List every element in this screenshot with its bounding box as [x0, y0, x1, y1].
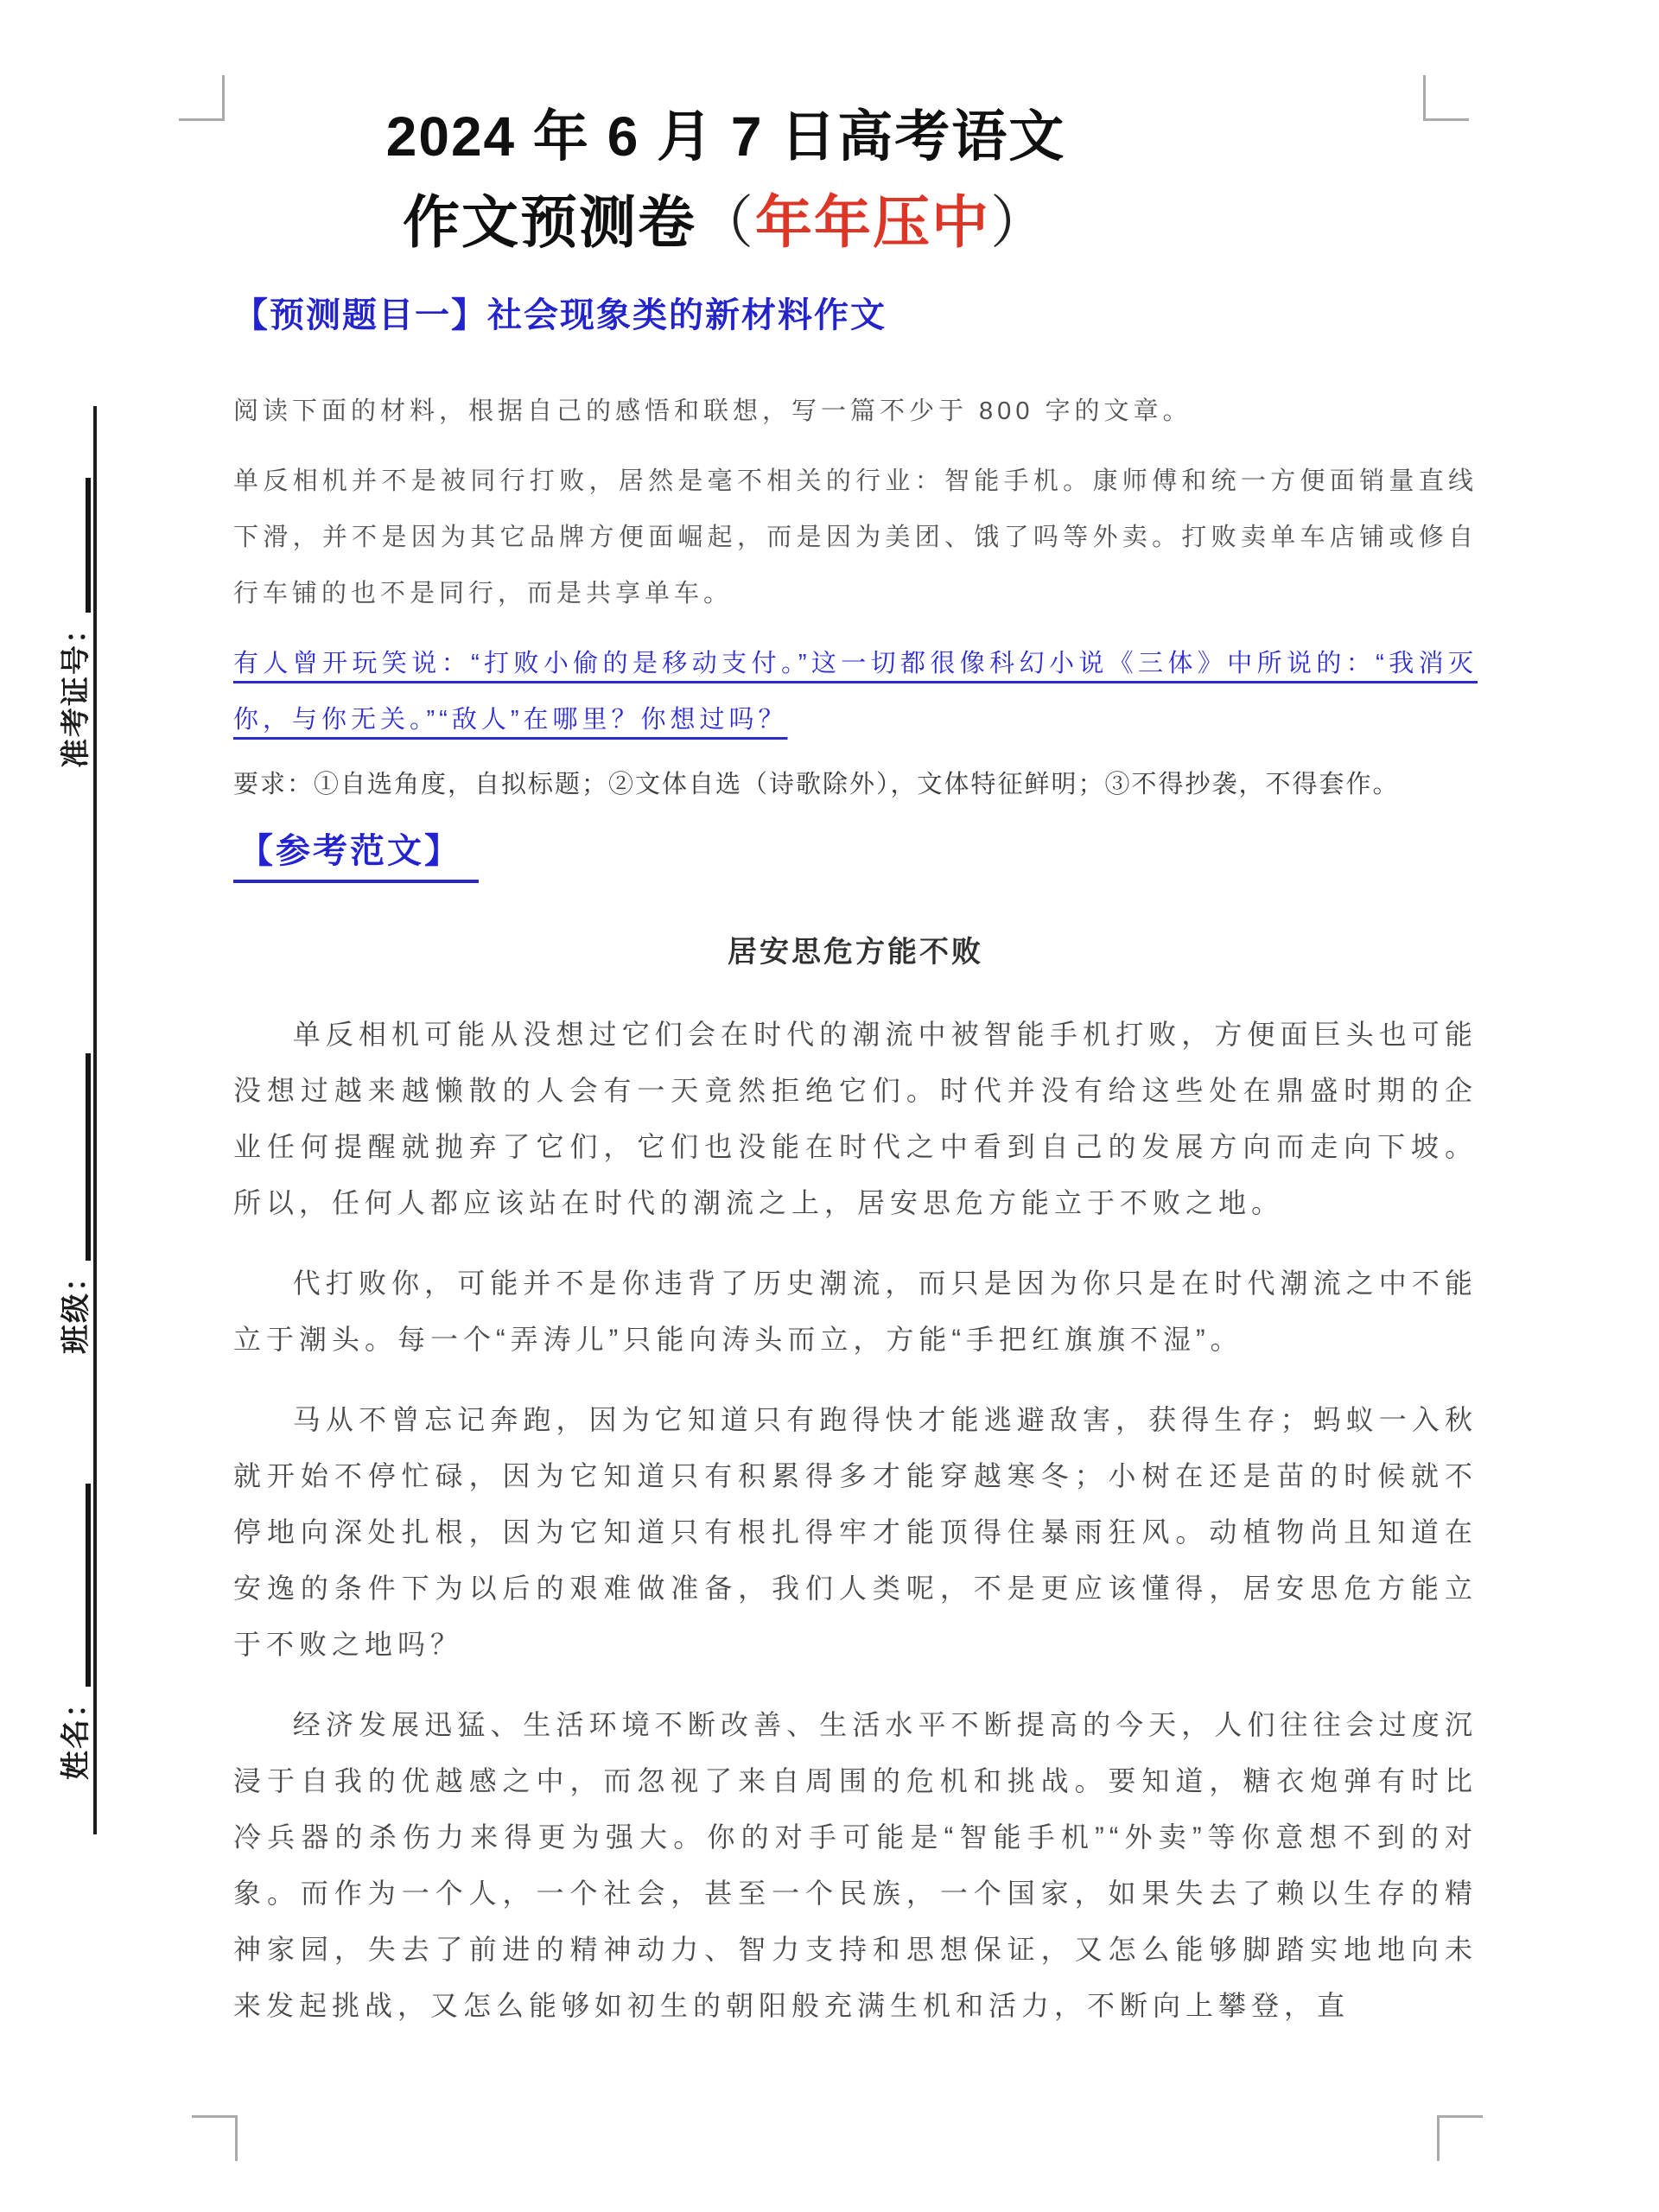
paper-title-block: 2024 年 6 月 7 日高考语文 作文预测卷（年年压中）: [233, 102, 1218, 258]
prediction-topic-heading: 【预测题目一】社会现象类的新材料作文: [233, 288, 1478, 337]
essay-paragraph-3: 马从不曾忘记奔跑，因为它知道只有跑得快才能逃避敌害，获得生存；蚂蚁一入秋就开始不…: [233, 1392, 1478, 1673]
essay-paragraph-4: 经济发展迅猛、生活环境不断改善、生活水平不断提高的今天，人们往往会过度沉浸于自我…: [233, 1697, 1478, 2034]
admission-ticket-field: 准考证号：: [60, 478, 91, 768]
paper-title-line1: 2024 年 6 月 7 日高考语文: [233, 102, 1218, 171]
paren-open: （: [696, 190, 755, 254]
seal-divider-line: [93, 406, 97, 1834]
material-intro-paragraph: 阅读下面的材料，根据自己的感悟和联想，写一篇不少于 800 字的文章。: [233, 384, 1478, 440]
corner-mark-bottom-left: [192, 2115, 238, 2161]
corner-mark-bottom-right: [1437, 2115, 1483, 2161]
reference-essay-heading-label: 【参考范文】: [233, 823, 479, 883]
paren-close: ）: [990, 190, 1049, 254]
name-field: 姓名：: [60, 1484, 91, 1780]
exam-paper-page: 姓名： 班级： 准考证号： 2024 年 6 月 7 日高考语文 作文预测卷（年…: [0, 0, 1659, 2212]
name-blank-line: [60, 1484, 91, 1687]
admission-ticket-field-label: 准考证号：: [61, 613, 91, 768]
paper-title-line2-text: 作文预测卷: [403, 190, 696, 254]
document-content: 2024 年 6 月 7 日高考语文 作文预测卷（年年压中） 【预测题目一】社会…: [233, 0, 1478, 2034]
requirements-paragraph: 要求：①自选角度，自拟标题；②文体自选（诗歌除外），文体特征鲜明；③不得抄袭，不…: [233, 757, 1478, 813]
class-field: 班级：: [60, 1053, 91, 1354]
name-field-label: 姓名：: [61, 1687, 91, 1780]
class-field-label: 班级：: [61, 1261, 91, 1354]
student-info-seal-area: 姓名： 班级： 准考证号：: [22, 406, 91, 1840]
paper-title-line2: 作文预测卷（年年压中）: [233, 187, 1218, 258]
corner-mark-top-left: [179, 75, 225, 121]
class-blank-line: [60, 1053, 91, 1261]
admission-ticket-blank-line: [60, 478, 91, 613]
essay-paragraph-1: 单反相机可能从没想过它们会在时代的潮流中被智能手机打败，方便面巨头也可能没想过越…: [233, 1007, 1478, 1231]
paper-title-highlight: 年年压中: [755, 190, 990, 254]
material-linked-paragraph: 有人曾开玩笑说：“打败小偷的是移动支付。”这一切都很像科幻小说《三体》中所说的：…: [233, 636, 1478, 748]
reference-essay-heading: 【参考范文】: [233, 823, 1478, 883]
essay-paragraph-2: 代打败你，可能并不是你违背了历史潮流，而只是因为你只是在时代潮流之中不能立于潮头…: [233, 1255, 1478, 1368]
material-paragraph: 单反相机并不是被同行打败，居然是毫不相关的行业：智能手机。康师傅和统一方便面销量…: [233, 454, 1478, 622]
essay-title: 居安思危方能不败: [233, 928, 1478, 970]
